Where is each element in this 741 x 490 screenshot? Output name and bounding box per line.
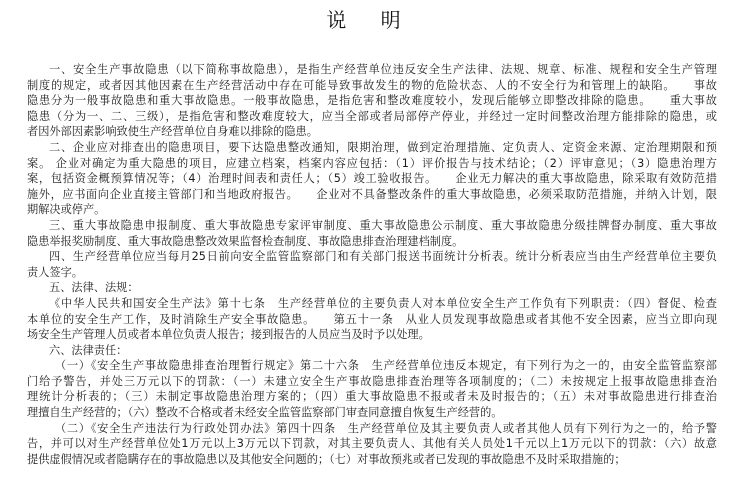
section-4-line-2: 责人签字。 (27, 265, 717, 281)
section-4-line-1: 四、生产经营单位应当每月25日前向安全监管监察部门和有关部门报送书面统计分析表。… (27, 249, 717, 265)
section-6-item-1-line-1: （一）《安全生产事故隐患排查治理暂行规定》第二十六条 生产经营单位违反本规定，有… (27, 358, 717, 374)
document-body: 一、安全生产事故隐患（以下简称事故隐患），是指生产经营单位违反安全生产法律、法规… (27, 62, 717, 467)
document-page: 说 明 一、安全生产事故隐患（以下简称事故隐患），是指生产经营单位违反安全生产法… (0, 0, 741, 490)
section-6-item-1-line-3: 理统计分析表的；（三）未制定事故隐患治理方案的；（四）重大事故隐患不报或者未及时… (27, 389, 717, 405)
section-6-item-1-line-4: 理擅自生产经营的；（六）整改不合格或者未经安全监管监察部门审查同意擅自恢复生产经… (27, 405, 717, 421)
section-1-line-5: 者因外部因素影响致使生产经营单位自身难以排除的隐患。 (27, 124, 717, 140)
section-3-line-2: 隐患举报奖励制度、重大事故隐患整改效果监督检查制度、事故隐患排查治理建档制度。 (27, 234, 717, 250)
section-5-heading: 五、法律、法规： (27, 280, 717, 296)
section-6-item-1-line-2: 门给予警告，并处三万元以下的罚款：（一）未建立安全生产事故隐患排查治理等各项制度… (27, 374, 717, 390)
section-6-item-2-line-2: 告，并可以对生产经营单位处1万元以上3万元以下罚款，对其主要负责人、其他有关人员… (27, 436, 717, 452)
page-title: 说 明 (0, 6, 741, 34)
section-2-line-4: 施外，应书面向企业直接主管部门和当地政府报告。 企业对不具备整改条件的重大事故隐… (27, 187, 717, 203)
section-3-line-1: 三、重大事故隐患申报制度、重大事故隐患专家评审制度、重大事故隐患公示制度、重大事… (27, 218, 717, 234)
section-6-item-2-line-1: （二）《安全生产违法行为行政处罚办法》第四十四条 生产经营单位及其主要负责人或者… (27, 421, 717, 437)
section-1-line-4: 隐患（分为一、二、三级），是指危害和整改难度较大，应当全部或者局部停产停业，并经… (27, 109, 717, 125)
section-6-heading: 六、法律责任： (27, 343, 717, 359)
section-5-line-3: 场安全生产管理人员或者本单位负责人报告；接到报告的人员应当及时予以处理。 (27, 327, 717, 343)
section-6-item-2-line-3: 提供虚假情况或者隐瞒存在的事故隐患以及其他安全问题的；（七）对事故预兆或者已发现… (27, 452, 717, 468)
section-2-line-2: 案。 企业对确定为重大隐患的项目，应建立档案，档案内容应包括：（1）评价报告与技… (27, 156, 717, 172)
section-5-line-1: 《中华人民共和国安全生产法》第十七条 生产经营单位的主要负责人对本单位安全生产工… (27, 296, 717, 312)
section-1-line-3: 隐患分为一般事故隐患和重大事故隐患。一般事故隐患，是指危害和整改难度较小，发现后… (27, 93, 717, 109)
section-2-line-5: 期解决或停产。 (27, 202, 717, 218)
section-1-line-1: 一、安全生产事故隐患（以下简称事故隐患），是指生产经营单位违反安全生产法律、法规… (27, 62, 717, 78)
section-2-line-1: 二、企业应对排查出的隐患项目，要下达隐患整改通知，限期治理，做到定治理措施、定负… (27, 140, 717, 156)
section-5-line-2: 本单位的安全生产工作，及时消除生产安全事故隐患。 第五十一条 从业人员发现事故隐… (27, 312, 717, 328)
section-1-line-2: 制度的规定，或者因其他因素在生产经营活动中存在可能导致事故发生的物的危险状态、人… (27, 78, 717, 94)
section-2-line-3: 案，包括资金概预算情况等；（4）治理时间表和责任人；（5）竣工验收报告。 企业无… (27, 171, 717, 187)
